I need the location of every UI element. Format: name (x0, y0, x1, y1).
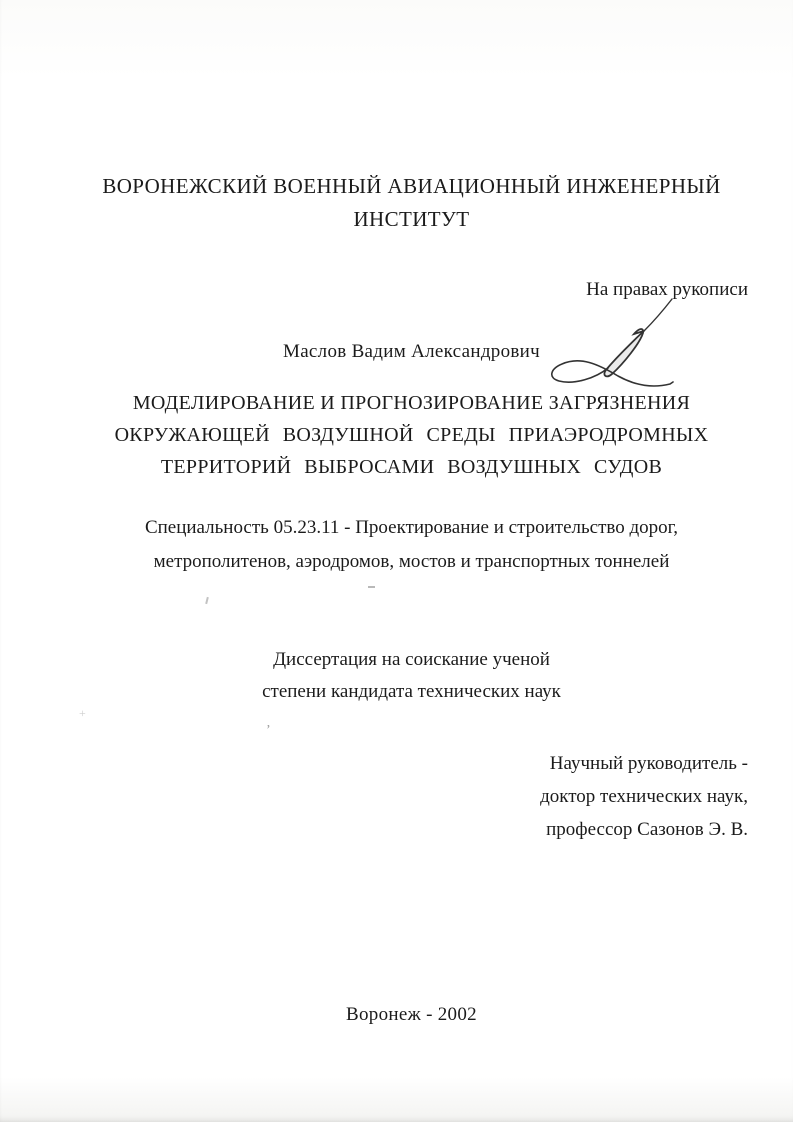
specialty-line-2: метрополитенов, аэродромов, мостов и тра… (75, 545, 748, 579)
specialty-line-1: Специальность 05.23.11 - Проектирование … (75, 511, 748, 545)
title-line-2: ОКРУЖАЮЩЕЙ ВОЗДУШНОЙ СРЕДЫ ПРИАЭРОДРОМНЫ… (75, 419, 748, 451)
institute-line-1: ВОРОНЕЖСКИЙ ВОЕННЫЙ АВИАЦИОННЫЙ ИНЖЕНЕРН… (75, 170, 748, 203)
institute-line-2: ИНСТИТУТ (75, 203, 748, 236)
page-content: ВОРОНЕЖСКИЙ ВОЕННЫЙ АВИАЦИОННЫЙ ИНЖЕНЕРН… (75, 0, 748, 1122)
handwritten-signature-icon (540, 292, 685, 397)
institute-name: ВОРОНЕЖСКИЙ ВОЕННЫЙ АВИАЦИОННЫЙ ИНЖЕНЕРН… (75, 170, 748, 236)
supervisor-line-2: доктор технических наук, (75, 780, 748, 813)
city-and-year: Воронеж - 2002 (75, 1004, 748, 1026)
supervisor-line-3: профессор Сазонов Э. В. (75, 813, 748, 846)
supervisor-block: Научный руководитель - доктор технически… (75, 747, 748, 846)
scanned-page: ВОРОНЕЖСКИЙ ВОЕННЫЙ АВИАЦИОННЫЙ ИНЖЕНЕРН… (0, 0, 793, 1122)
degree-statement: Диссертация на соискание ученой степени … (75, 644, 748, 708)
degree-line-1: Диссертация на соискание ученой (75, 644, 748, 676)
supervisor-line-1: Научный руководитель - (75, 747, 748, 780)
degree-line-2: степени кандидата технических наук (75, 676, 748, 708)
specialty-designation: Специальность 05.23.11 - Проектирование … (75, 511, 748, 579)
dissertation-title: МОДЕЛИРОВАНИЕ И ПРОГНОЗИРОВАНИЕ ЗАГРЯЗНЕ… (75, 387, 748, 483)
title-line-3: ТЕРРИТОРИЙ ВЫБРОСАМИ ВОЗДУШНЫХ СУДОВ (75, 451, 748, 483)
